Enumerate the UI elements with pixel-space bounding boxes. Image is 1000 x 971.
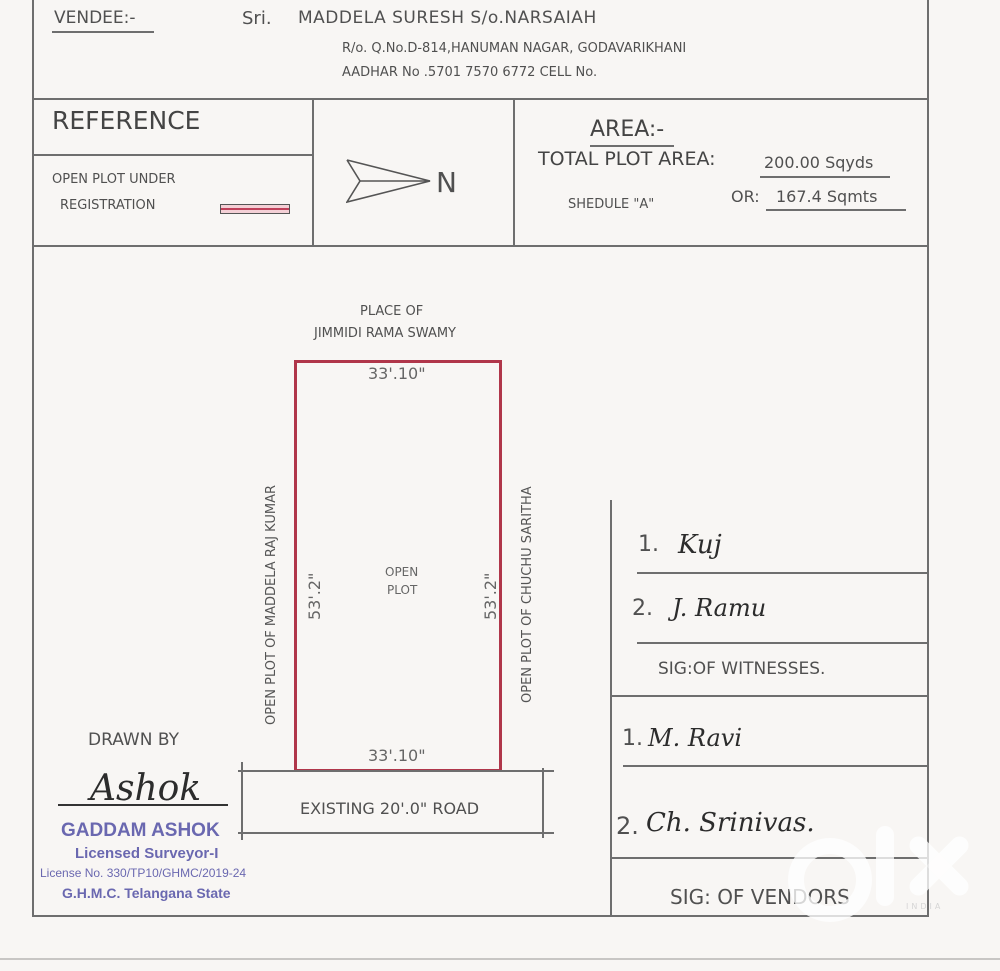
vendee-aadhar: AADHAR No .5701 7570 6772 CELL No. (342, 65, 597, 80)
frame-left (32, 0, 34, 916)
witness-2-line (637, 642, 927, 644)
plot-boundary-top (294, 360, 502, 363)
total-area-value: 200.00 Sqyds (764, 153, 873, 172)
divider-vendee (32, 98, 929, 100)
or-label: OR: (731, 187, 760, 206)
left-dimension: 53'.2" (305, 573, 324, 620)
north-arrow-icon (346, 158, 436, 204)
watermark-sub: INDIA (906, 902, 943, 911)
road-top-line (238, 770, 554, 772)
watermark-l-icon (876, 826, 894, 906)
reference-heading: REFERENCE (52, 106, 200, 135)
witness-1-signature: Kuj (678, 530, 722, 560)
stamp-authority: G.H.M.C. Telangana State (62, 885, 231, 901)
witness-1-line (637, 572, 927, 574)
divider-north-area (513, 99, 515, 246)
total-area-underline (760, 176, 890, 178)
north-neighbor-line2: JIMMIDI RAMA SWAMY (314, 326, 456, 341)
plot-boundary-right (499, 360, 502, 772)
vendee-address: R/o. Q.No.D-814,HANUMAN NAGAR, GODAVARIK… (342, 41, 686, 56)
reference-divider (32, 154, 313, 156)
witness-2-signature: J. Ramu (672, 594, 766, 622)
vendor-1-signature: M. Ravi (648, 724, 742, 752)
olx-watermark: INDIA (788, 826, 968, 926)
stamp-name: GADDAM ASHOK (61, 820, 220, 842)
area-heading: AREA:- (590, 117, 664, 142)
surveyor-signature: Ashok (90, 768, 201, 809)
vendee-title: Sri. (242, 8, 272, 29)
north-label: N (436, 166, 457, 199)
top-dimension: 33'.10" (368, 364, 426, 383)
vendor-1-num: 1. (622, 726, 643, 751)
page-edge-shadow (0, 958, 1000, 960)
witness-2-num: 2. (632, 596, 653, 621)
plot-center-line2: PLOT (387, 583, 417, 597)
divider-ref-north (312, 99, 314, 246)
watermark-o-icon (788, 838, 872, 922)
stamp-license: License No. 330/TP10/GHMC/2019-24 (40, 866, 246, 880)
east-neighbor: OPEN PLOT OF CHUCHU SARITHA (520, 486, 535, 703)
plot-center-line1: OPEN (385, 565, 418, 579)
vendor-2-num: 2. (616, 812, 639, 840)
drawn-by-label: DRAWN BY (88, 730, 179, 750)
total-area-label: TOTAL PLOT AREA: (538, 148, 716, 170)
stamp-title: Licensed Surveyor-I (75, 845, 218, 862)
north-neighbor-line1: PLACE OF (360, 304, 423, 319)
or-area-underline (766, 209, 906, 211)
legend-swatch (220, 204, 290, 214)
vendee-name: MADDELA SURESH S/o.NARSAIAH (298, 8, 597, 28)
divider-header (32, 245, 929, 247)
vendee-label: VENDEE:- (54, 8, 136, 28)
witnesses-caption: SIG:OF WITNESSES. (658, 659, 825, 679)
road-label: EXISTING 20'.0" ROAD (300, 799, 479, 818)
bottom-dimension: 33'.10" (368, 746, 426, 765)
frame-right (927, 0, 929, 916)
vendee-label-underline (52, 31, 154, 33)
legend-line2: REGISTRATION (60, 198, 155, 213)
signature-stroke (58, 804, 228, 806)
area-heading-underline (590, 145, 674, 147)
right-dimension: 53'.2" (481, 573, 500, 620)
legend-line1: OPEN PLOT UNDER (52, 172, 176, 187)
road-left-break (241, 762, 243, 840)
signature-block-left (610, 500, 612, 916)
schedule-label: SHEDULE "A" (568, 197, 654, 212)
watermark-x-icon (908, 836, 968, 896)
vendor-1-line (623, 765, 927, 767)
road-bottom-line (238, 832, 554, 834)
or-area-value: 167.4 Sqmts (776, 187, 877, 206)
witness-1-num: 1. (638, 532, 659, 557)
plot-boundary-left (294, 360, 297, 772)
road-right-break (542, 768, 544, 838)
divider-witness-vendor (610, 695, 929, 697)
west-neighbor: OPEN PLOT OF MADDELA RAJ KUMAR (264, 485, 279, 725)
